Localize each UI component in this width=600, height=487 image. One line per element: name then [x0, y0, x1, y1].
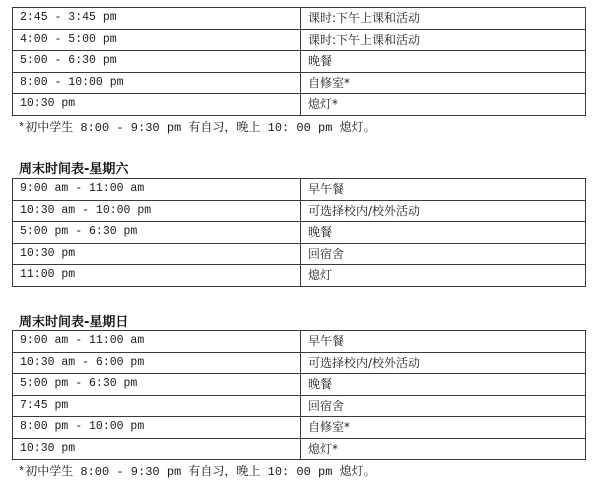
table-row: 10:30 pm 回宿舍 — [13, 243, 586, 265]
time-cell: 9:00 am - 11:00 am — [13, 179, 301, 201]
activity-cell: 晚餐 — [301, 222, 586, 244]
saturday-heading: 周末时间表-星期六 — [19, 158, 128, 177]
activity-cell: 早午餐 — [301, 331, 586, 353]
activity-cell: 早午餐 — [301, 179, 586, 201]
sunday-heading: 周末时间表-星期日 — [19, 311, 128, 330]
activity-cell: 课时:下午上课和活动 — [301, 29, 586, 51]
time-cell: 10:30 pm — [13, 94, 301, 116]
activity-cell: 熄灯* — [301, 438, 586, 460]
time-cell: 5:00 - 6:30 pm — [13, 51, 301, 73]
time-cell: 10:30 pm — [13, 243, 301, 265]
activity-cell: 可选择校内/校外活动 — [301, 200, 586, 222]
activity-cell: 回宿舍 — [301, 243, 586, 265]
table-row: 4:00 - 5:00 pm 课时:下午上课和活动 — [13, 29, 586, 51]
table-row: 9:00 am - 11:00 am 早午餐 — [13, 331, 586, 353]
activity-cell: 自修室* — [301, 417, 586, 439]
activity-cell: 可选择校内/校外活动 — [301, 352, 586, 374]
table-row: 10:30 pm 熄灯* — [13, 94, 586, 116]
time-cell: 7:45 pm — [13, 395, 301, 417]
time-cell: 5:00 pm - 6:30 pm — [13, 222, 301, 244]
activity-cell: 课时:下午上课和活动 — [301, 8, 586, 30]
table-row: 5:00 pm - 6:30 pm 晚餐 — [13, 374, 586, 396]
time-cell: 10:30 am - 10:00 pm — [13, 200, 301, 222]
table-row: 8:00 pm - 10:00 pm 自修室* — [13, 417, 586, 439]
table-row: 2:45 - 3:45 pm 课时:下午上课和活动 — [13, 8, 586, 30]
time-cell: 8:00 - 10:00 pm — [13, 72, 301, 94]
table-row: 11:00 pm 熄灯 — [13, 265, 586, 287]
table-row: 5:00 pm - 6:30 pm 晚餐 — [13, 222, 586, 244]
time-cell: 5:00 pm - 6:30 pm — [13, 374, 301, 396]
table-row: 10:30 am - 10:00 pm 可选择校内/校外活动 — [13, 200, 586, 222]
time-cell: 8:00 pm - 10:00 pm — [13, 417, 301, 439]
time-cell: 10:30 am - 6:00 pm — [13, 352, 301, 374]
table-row: 5:00 - 6:30 pm 晚餐 — [13, 51, 586, 73]
weekday-schedule-table: 2:45 - 3:45 pm 课时:下午上课和活动 4:00 - 5:00 pm… — [12, 7, 586, 116]
time-cell: 2:45 - 3:45 pm — [13, 8, 301, 30]
activity-cell: 自修室* — [301, 72, 586, 94]
time-cell: 11:00 pm — [13, 265, 301, 287]
table-row: 10:30 pm 熄灯* — [13, 438, 586, 460]
activity-cell: 熄灯 — [301, 265, 586, 287]
saturday-schedule-table: 9:00 am - 11:00 am 早午餐 10:30 am - 10:00 … — [12, 178, 586, 287]
activity-cell: 熄灯* — [301, 94, 586, 116]
table-row: 10:30 am - 6:00 pm 可选择校内/校外活动 — [13, 352, 586, 374]
activity-cell: 晚餐 — [301, 51, 586, 73]
time-cell: 9:00 am - 11:00 am — [13, 331, 301, 353]
activity-cell: 回宿舍 — [301, 395, 586, 417]
table-row: 9:00 am - 11:00 am 早午餐 — [13, 179, 586, 201]
table-row: 8:00 - 10:00 pm 自修室* — [13, 72, 586, 94]
time-cell: 4:00 - 5:00 pm — [13, 29, 301, 51]
time-cell: 10:30 pm — [13, 438, 301, 460]
table-row: 7:45 pm 回宿舍 — [13, 395, 586, 417]
sunday-footnote: *初中学生 8:00 - 9:30 pm 有自习，晚上 10: 00 pm 熄灯… — [18, 462, 376, 479]
sunday-schedule-table: 9:00 am - 11:00 am 早午餐 10:30 am - 6:00 p… — [12, 330, 586, 460]
weekday-footnote: *初中学生 8:00 - 9:30 pm 有自习，晚上 10: 00 pm 熄灯… — [18, 118, 376, 135]
activity-cell: 晚餐 — [301, 374, 586, 396]
